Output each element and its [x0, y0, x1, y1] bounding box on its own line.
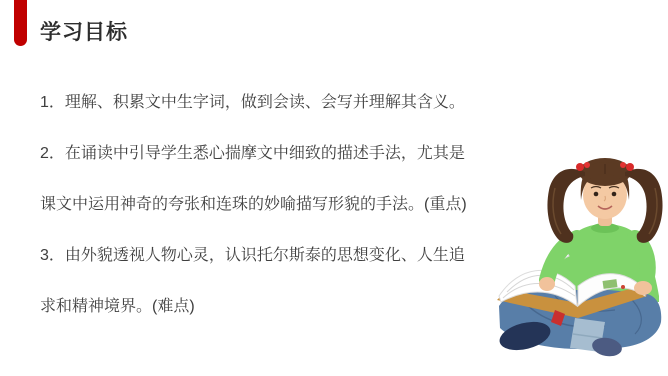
page-title: 学习目标	[40, 16, 128, 46]
girl-reading-photo	[485, 138, 668, 376]
title-accent-bar	[14, 0, 27, 46]
presentation-slide: 学习目标 1．理解、积累文中生字词，做到会读、会写并理解其含义。 2．在诵读中引…	[0, 0, 668, 376]
objective-line-1: 1．理解、积累文中生字词，做到会读、会写并理解其含义。	[40, 77, 510, 128]
objective-line-4: 3．由外貌透视人物心灵，认识托尔斯泰的思想变化、人生追	[40, 230, 510, 281]
objective-line-5: 求和精神境界。(难点)	[40, 281, 510, 332]
objective-line-3: 课文中运用神奇的夸张和连珠的妙喻描写形貌的手法。(重点)	[40, 179, 510, 230]
objective-line-2: 2．在诵读中引导学生悉心揣摩文中细致的描述手法，尤其是	[40, 128, 510, 179]
objectives-text-block: 1．理解、积累文中生字词，做到会读、会写并理解其含义。 2．在诵读中引导学生悉心…	[40, 77, 510, 332]
